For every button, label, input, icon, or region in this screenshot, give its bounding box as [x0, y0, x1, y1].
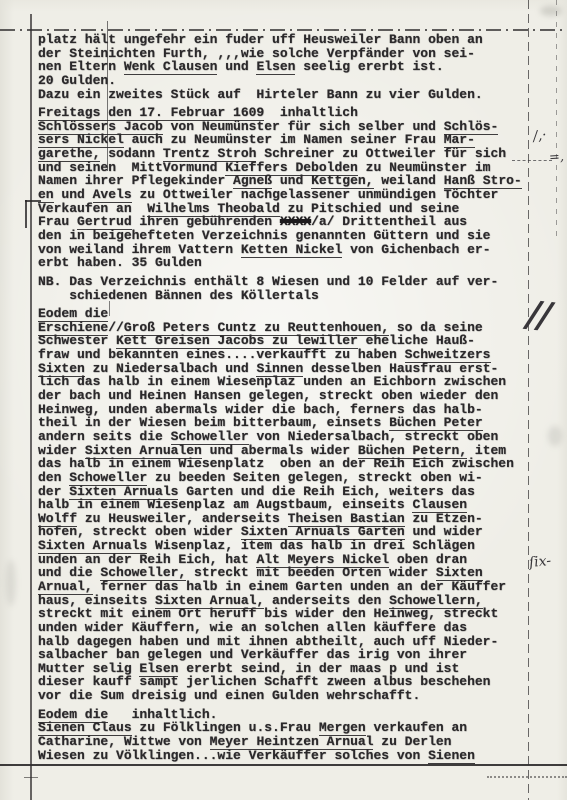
document-line: halb in einem Wiesenplaz am Augstbaum, e…	[38, 498, 538, 512]
text-segment: von Gichenbach er-	[342, 242, 490, 257]
document-line: von weiland ihrem Vattern Ketten Nickel …	[38, 243, 538, 257]
document-line: Wiesen zu Völklingen...wie Verkäuffer so…	[38, 749, 538, 763]
handwritten-dash-mark	[512, 160, 552, 161]
text-segment: erbt haben. 35 Gulden	[38, 255, 202, 270]
document-line: Sixten Arnuals Wisenplaz, item das halb …	[38, 539, 538, 553]
document-line: Heinweg, unden abermals wider die bach, …	[38, 403, 538, 417]
document-line: halb dagegen haben und mit ihnen abtheil…	[38, 635, 538, 649]
scanned-document-page: platz hält ungefehr ein fuder uff Heuswe…	[0, 0, 567, 800]
document-line: platz hält ungefehr ein fuder uff Heuswe…	[38, 33, 538, 47]
document-line: Namen ihrer Pflegekinder Agneß und Kettg…	[38, 174, 538, 188]
ruled-line-bottom	[0, 764, 567, 766]
document-line: andern seits die Schoweller von Niedersa…	[38, 430, 538, 444]
document-line: wider Sixten Arnualen und abermals wider…	[38, 444, 538, 458]
document-line: hofen, streckt oben wider Sixten Arnuals…	[38, 525, 538, 539]
document-line: Sienen Claus zu Fölklingen u.s.Frau Merg…	[38, 721, 538, 735]
document-line: sers Nickel auch zu Neumünster im Namen …	[38, 133, 538, 147]
underlined-text: Elsen	[256, 59, 295, 75]
document-line: garethe, sodann Trentz Stroh Schreiner z…	[38, 147, 538, 161]
document-line: nen Eltern Wenk Clausen und Elsen seelig…	[38, 60, 538, 74]
ruled-line-left-tick	[24, 777, 38, 778]
document-line: dieser kauff sampt jerlichen Schafft zwe…	[38, 675, 538, 689]
paper-smudge	[548, 426, 562, 446]
document-line: Mutter selig Elsen ererbt seind, in der …	[38, 662, 538, 676]
text-segment: vor die Sum dreisig und einen Gulden weh…	[38, 688, 420, 703]
document-line: erbt haben. 35 Gulden	[38, 256, 538, 270]
margin-bracket-vertical	[25, 200, 27, 228]
document-line: vor die Sum dreisig und einen Gulden weh…	[38, 689, 538, 703]
document-line: Eodem die	[38, 307, 538, 321]
underlined-text: Sienen	[428, 748, 475, 764]
document-line: 20 Gulden.	[38, 74, 538, 88]
document-line: lich das halb in einem Wiesenplaz unden …	[38, 375, 538, 389]
document-line: und die Schoweller, streckt mit beeden O…	[38, 566, 538, 580]
document-line: unden wider Käuffern, wie an solchen all…	[38, 621, 538, 635]
paper-smudge	[6, 560, 16, 606]
document-line: schiedenen Bännen des Köllertals	[38, 289, 538, 303]
underlined-text: Ketten Nickel	[241, 242, 342, 258]
document-line: der Sixten Arnuals Garten und die Reih E…	[38, 485, 538, 499]
document-line: haus, einseits Sixten Arnual, anderseits…	[38, 594, 538, 608]
document-line: streckt mit einem Ort heruff bis wider d…	[38, 607, 538, 621]
document-line: salbacher ban gelegen und Verkäuffer das…	[38, 648, 538, 662]
document-line: theil in der Wiesen beim bitterbaum, ein…	[38, 416, 538, 430]
document-line: Catharine, Wittwe von Meyer Heintzen Arn…	[38, 735, 538, 749]
typewritten-text-column: platz hält ungefehr ein fuder uff Heuswe…	[38, 33, 538, 762]
text-segment: Wiesen zu Völklingen...wie Verkäuffer so…	[38, 748, 428, 763]
document-line: der Steinichten Furth, ,,,wie solche Ver…	[38, 47, 538, 61]
document-line: en und Avels zu Ottweiler nachgelassener…	[38, 188, 538, 202]
document-line: Schwester Kett Greisen Jacobs zu lewille…	[38, 334, 538, 348]
document-line: Dazu ein zweites Stück auf Hirteler Bann…	[38, 88, 538, 102]
handwritten-six-note: ſix-	[528, 553, 552, 571]
document-line: fraw und bekannten eines....verkaufft zu…	[38, 348, 538, 362]
document-line: NB. Das Verzeichnis enthält 8 Wiesen und…	[38, 275, 538, 289]
document-line: Sixten zu Niedersalbach und Sinnen desse…	[38, 362, 538, 376]
ruled-line-top	[0, 29, 567, 31]
text-segment: schiedenen Bännen des Köllertals	[38, 288, 319, 303]
document-line: Eodem die inhaltlich.	[38, 708, 538, 722]
document-line: das halb in einem Wiesenplatz oben an de…	[38, 457, 538, 471]
paper-smudge	[540, 6, 562, 16]
document-line: Freitags den 17. Februar 1609 inhaltlich	[38, 106, 538, 120]
handwritten-equals-note: =,	[548, 149, 564, 165]
ruled-line-bottom-echo	[487, 776, 567, 778]
document-line: Verkaufen an Wilhelms Theobald zu Pitsch…	[38, 202, 538, 216]
text-segment: Dazu ein zweites Stück auf Hirteler Bann…	[38, 87, 483, 102]
document-line: der bach und Heinen Hansen gelegen, stre…	[38, 389, 538, 403]
underlined-text: Wenk Clausen	[124, 59, 218, 75]
document-line: den in beigehefteten Verzeichnis genannt…	[38, 229, 538, 243]
ruled-line-right-secondary	[556, 0, 557, 240]
document-line: Erschiene//Groß Peters Cuntz zu Reuttenh…	[38, 321, 538, 335]
document-line: den Schoweller zu beeden Seiten gelegen,…	[38, 471, 538, 485]
document-line: Frau Gertrud ihren gebührenden XXXX/a/ D…	[38, 215, 538, 229]
document-line: unden an der Reih Eich, hat Alt Meyers N…	[38, 553, 538, 567]
document-line: Wolff zu Heusweiler, anderseits Theisen …	[38, 512, 538, 526]
handwritten-double-slash-mark: //	[525, 293, 552, 337]
document-line: Arnual, ferner das halb in einem Garten …	[38, 580, 538, 594]
document-line: und seinen MittVormund Kieffers Debolden…	[38, 161, 538, 175]
text-segment: seelig ererbt ist.	[295, 59, 443, 74]
document-line: Schlössers Jacob von Neumünster für sich…	[38, 120, 538, 134]
ruled-line-left	[30, 14, 32, 800]
handwritten-slash-note: /,·	[532, 127, 548, 145]
text-segment: und	[217, 59, 256, 74]
